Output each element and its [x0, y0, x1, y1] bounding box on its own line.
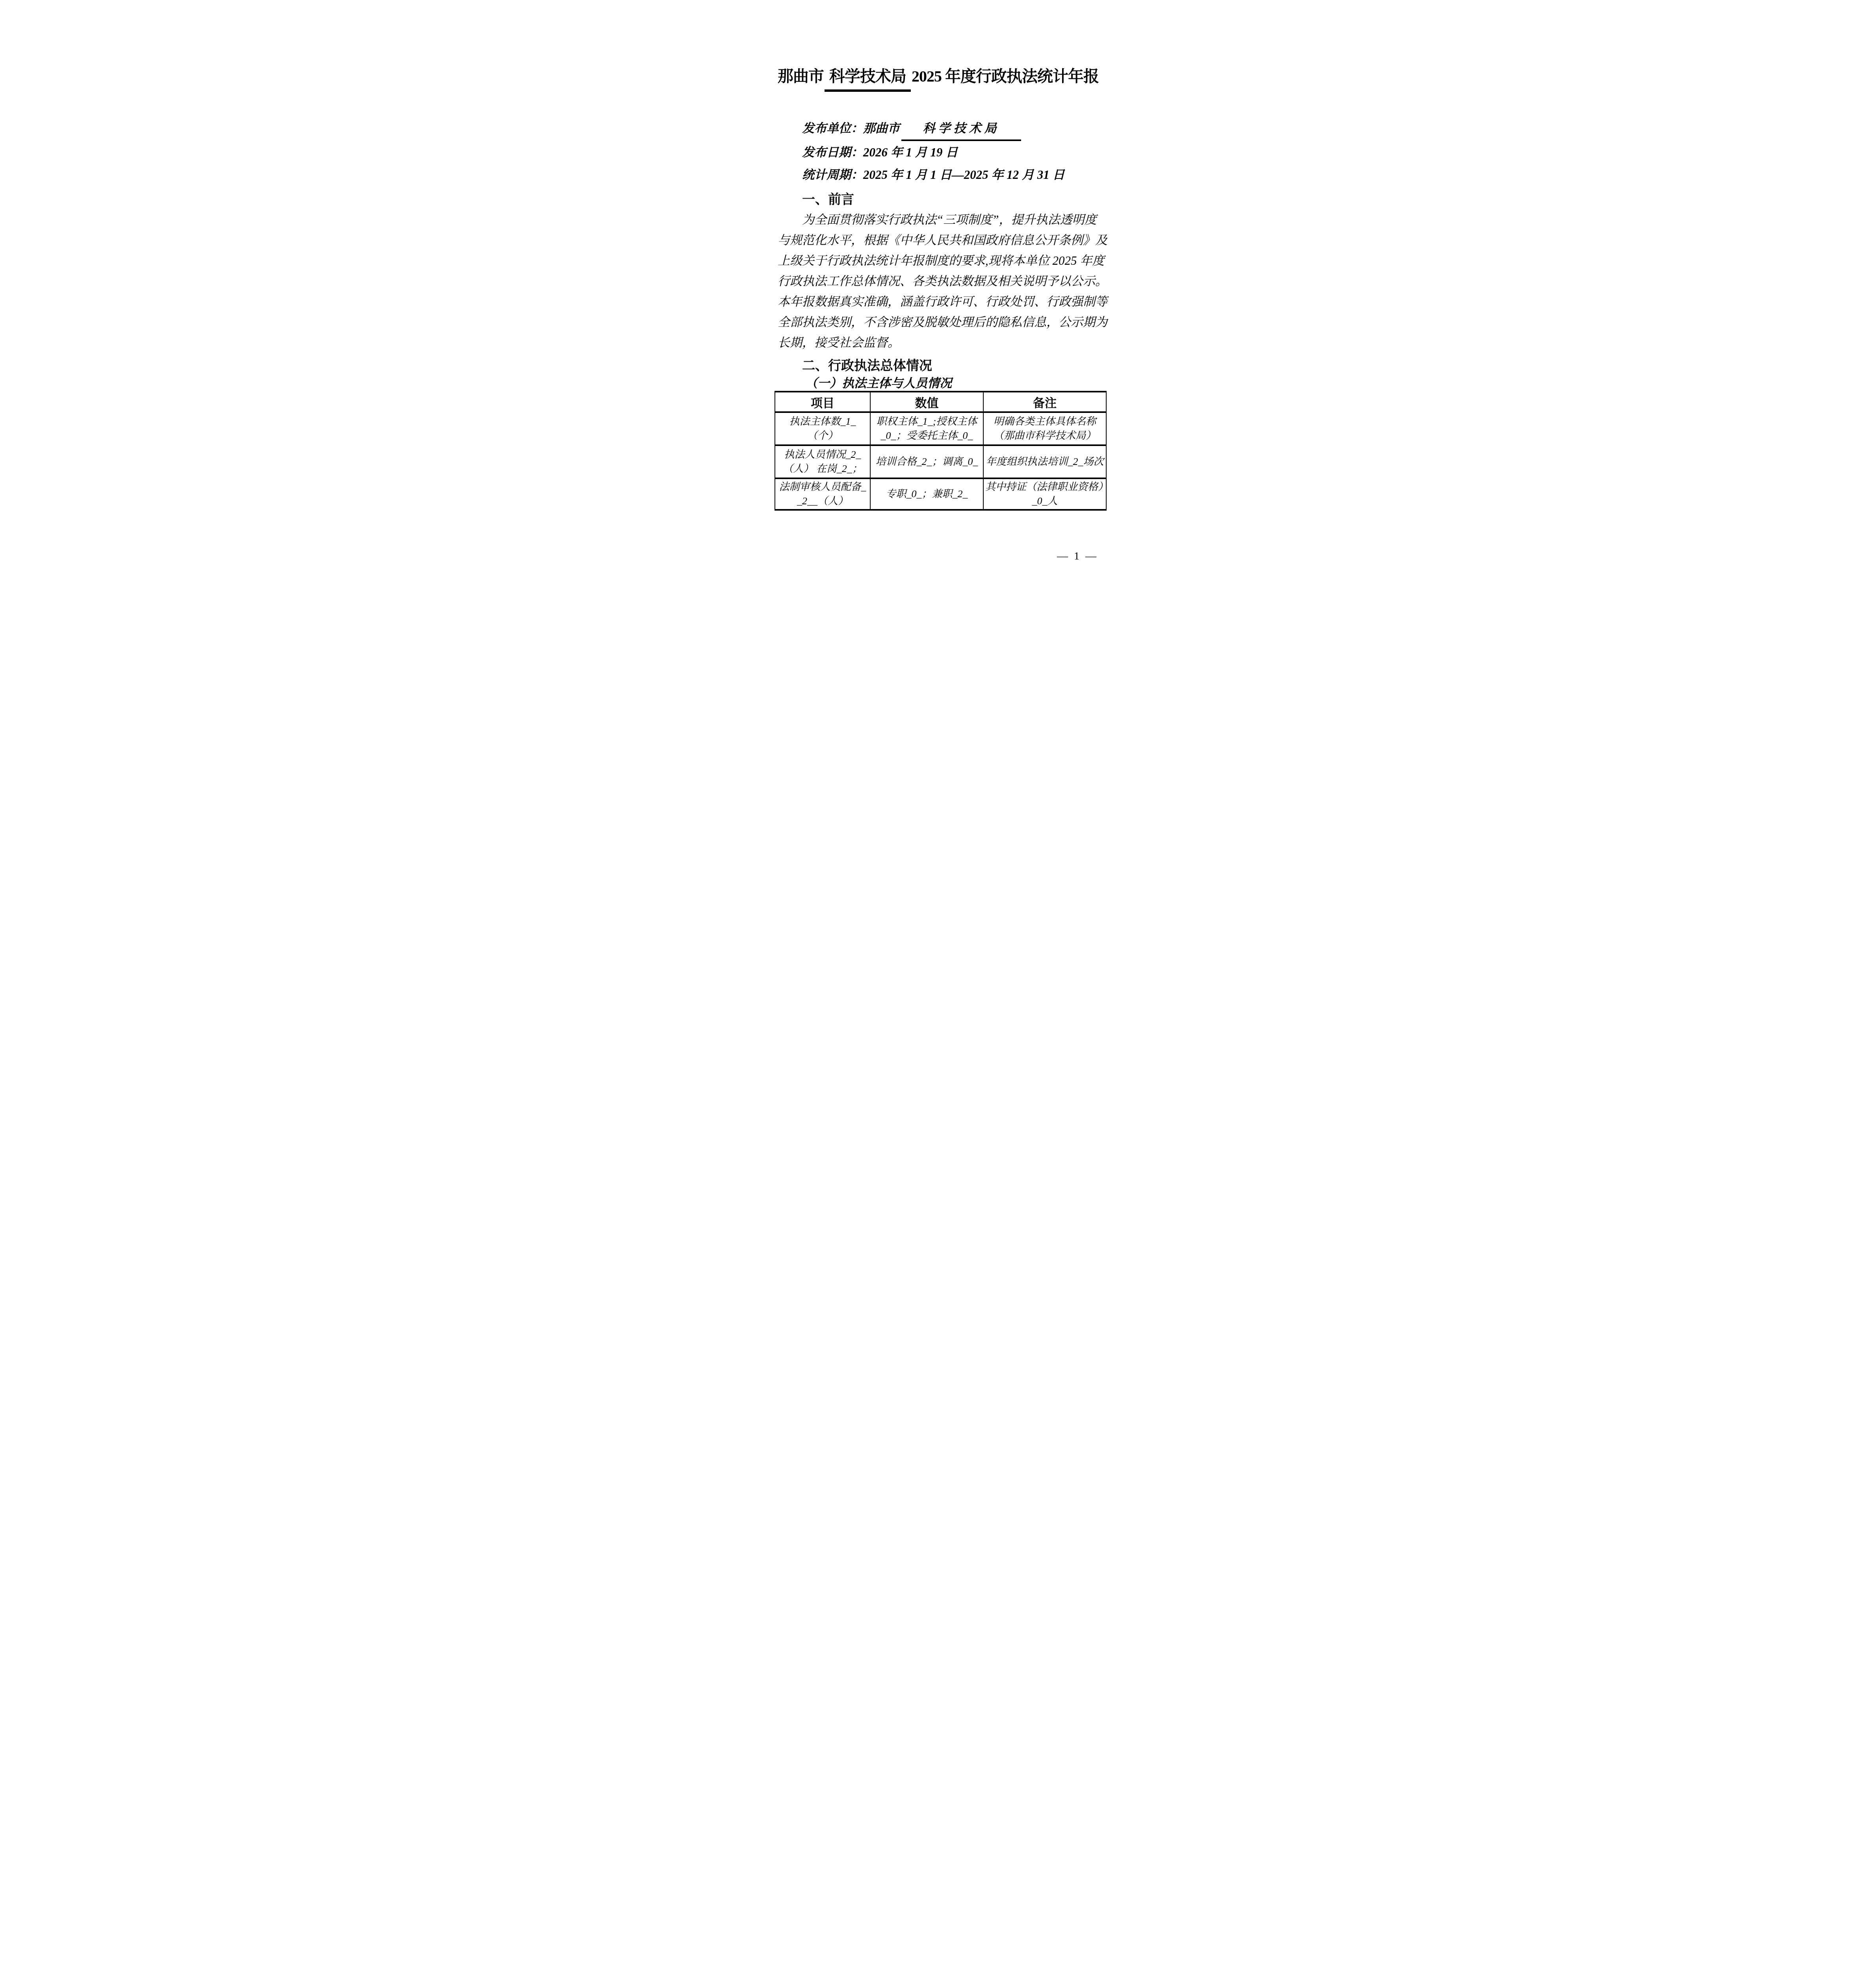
cell-line: 执法人员情况_2_ — [777, 448, 868, 462]
document-page: 那曲市科学技术局2025 年度行政执法统计年报 发布单位：那曲市科学技术局 发布… — [721, 0, 1155, 613]
col-header-note: 备注 — [983, 392, 1106, 412]
cell-line: （个） — [777, 429, 868, 443]
publish-date-value: 2026 年 1 月 19 日 — [863, 145, 958, 159]
cell-value: 培训合格_2_；调离_0_ — [870, 445, 983, 478]
cell-note: 年度组织执法培训_2_场次 — [983, 445, 1106, 478]
section-2-heading: 二、行政执法总体情况 — [778, 357, 1098, 374]
cell-line: 明确各类主体具体名称 — [985, 414, 1104, 429]
cell-line: 其中持证（法律职业资格） — [985, 480, 1104, 494]
page-number: — 1 — — [1057, 550, 1098, 563]
cell-line: _2__（人） — [777, 494, 868, 508]
publish-date-line: 发布日期：2026 年 1 月 19 日 — [802, 141, 1098, 164]
title-prefix: 那曲市 — [778, 67, 824, 85]
cell-line: （那曲市科学技术局） — [985, 429, 1104, 443]
cell-note: 其中持证（法律职业资格） _0_人 — [983, 478, 1106, 510]
table-row: 法制审核人员配备_ _2__（人） 专职_0_；兼职_2_ 其中持证（法律职业资… — [775, 478, 1106, 510]
paragraph-line: 全部执法类别，不含涉密及脱敏处理后的隐私信息，公示期为 — [778, 312, 1098, 333]
paragraph-line: 行政执法工作总体情况、各类执法数据及相关说明予以公示。 — [778, 271, 1098, 292]
period-line: 统计周期：2025 年 1 月 1 日—2025 年 12 月 31 日 — [802, 164, 1098, 186]
cell-line: 专职_0_；兼职_2_ — [872, 487, 981, 501]
col-header-value: 数值 — [870, 392, 983, 412]
cell-line: 培训合格_2_；调离_0_ — [872, 455, 981, 469]
cell-item: 执法主体数_1_ （个） — [775, 412, 870, 445]
section-2-sub-heading: （一）执法主体与人员情况 — [778, 377, 1098, 390]
cell-line: _0_；受委托主体_0_ — [872, 429, 981, 443]
enforcement-stats-table: 项目 数值 备注 执法主体数_1_ （个） 职权主体_1_;授权主体 _0_；受… — [775, 391, 1107, 511]
period-value: 2025 年 1 月 1 日—2025 年 12 月 31 日 — [863, 168, 1065, 182]
cell-item: 法制审核人员配备_ _2__（人） — [775, 478, 870, 510]
cell-value: 职权主体_1_;授权主体 _0_；受委托主体_0_ — [870, 412, 983, 445]
paragraph-line: 长期，接受社会监督。 — [778, 333, 1098, 353]
preface-paragraph: 为全面贯彻落实行政执法“三项制度”，提升执法透明度 与规范化水平，根据《中华人民… — [778, 210, 1098, 353]
cell-line: 职权主体_1_;授权主体 — [872, 414, 981, 429]
cell-line: 年度组织执法培训_2_场次 — [985, 455, 1104, 469]
paragraph-line: 上级关于行政执法统计年报制度的要求,现将本单位 2025 年度 — [778, 251, 1098, 271]
cell-line: 执法主体数_1_ — [777, 414, 868, 429]
title-suffix: 2025 年度行政执法统计年报 — [912, 67, 1099, 85]
cell-line: _0_人 — [985, 494, 1104, 508]
paragraph-line: 与规范化水平，根据《中华人民共和国政府信息公开条例》及 — [778, 230, 1098, 251]
cell-note: 明确各类主体具体名称 （那曲市科学技术局） — [983, 412, 1106, 445]
publisher-label: 发布单位： — [802, 121, 863, 135]
table-header-row: 项目 数值 备注 — [775, 392, 1106, 412]
paragraph-line: 本年报数据真实准确，涵盖行政许可、行政处罚、行政强制等 — [778, 292, 1098, 312]
cell-line: 法制审核人员配备_ — [777, 480, 868, 494]
cell-line: （人） 在岗_2_； — [777, 462, 868, 476]
paragraph-line: 为全面贯彻落实行政执法“三项制度”，提升执法透明度 — [778, 210, 1098, 230]
table-row: 执法人员情况_2_ （人） 在岗_2_； 培训合格_2_；调离_0_ 年度组织执… — [775, 445, 1106, 478]
col-header-item: 项目 — [775, 392, 870, 412]
title-underlined-unit: 科学技术局 — [825, 65, 911, 92]
cell-value: 专职_0_；兼职_2_ — [870, 478, 983, 510]
table-row: 执法主体数_1_ （个） 职权主体_1_;授权主体 _0_；受委托主体_0_ 明… — [775, 412, 1106, 445]
period-label: 统计周期： — [802, 168, 863, 182]
publisher-underlined-unit: 科学技术局 — [901, 117, 1021, 141]
publisher-city: 那曲市 — [863, 121, 900, 135]
page-title: 那曲市科学技术局2025 年度行政执法统计年报 — [778, 65, 1098, 92]
publisher-line: 发布单位：那曲市科学技术局 — [802, 117, 1098, 141]
cell-item: 执法人员情况_2_ （人） 在岗_2_； — [775, 445, 870, 478]
section-1-heading: 一、前言 — [778, 191, 1098, 208]
publish-date-label: 发布日期： — [802, 145, 863, 159]
meta-block: 发布单位：那曲市科学技术局 发布日期：2026 年 1 月 19 日 统计周期：… — [778, 117, 1098, 186]
